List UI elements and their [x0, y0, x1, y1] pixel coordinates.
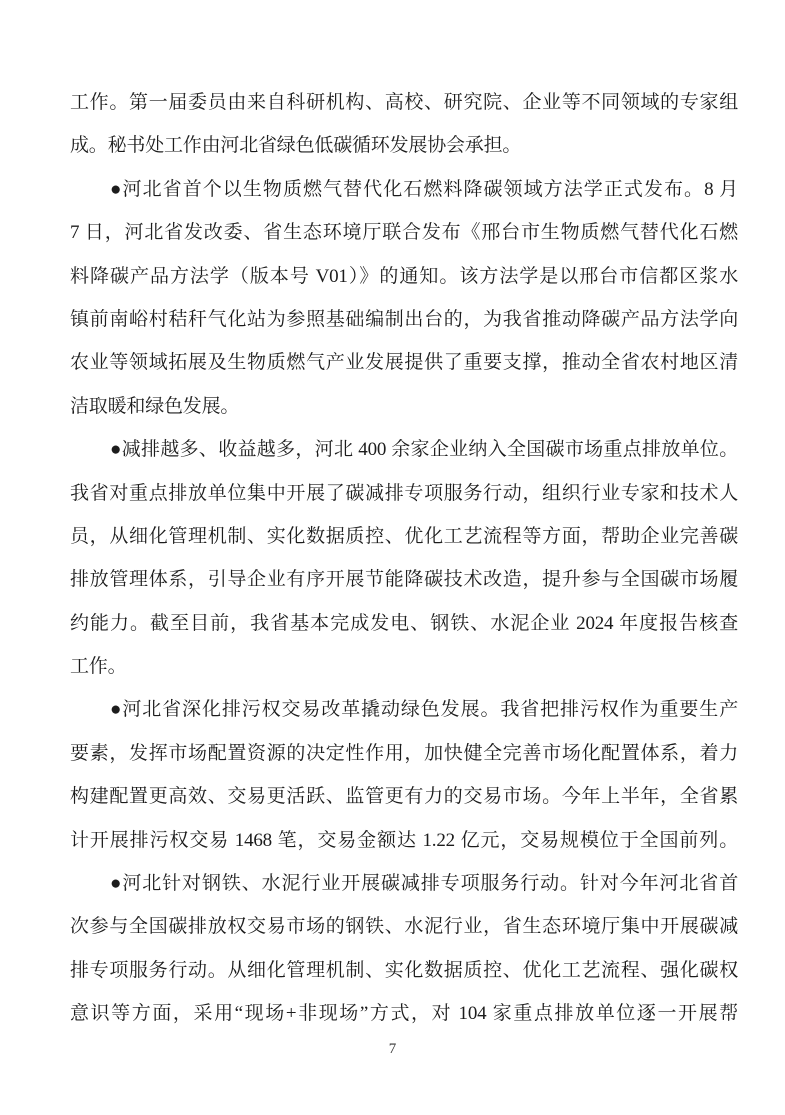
text-line: 农业等领域拓展及生物质燃气产业发展提供了重要支撑，推动全省农村地区清 [70, 341, 738, 384]
text-line: 7 日，河北省发改委、省生态环境厅联合发布《邢台市生物质燃气替代化石燃 [70, 211, 738, 254]
document-body: 工作。第一届委员由来自科研机构、高校、研究院、企业等不同领域的专家组成。秘书处工… [70, 81, 738, 1036]
text-line: 次参与全国碳排放权交易市场的钢铁、水泥行业，省生态环境厅集中开展碳减 [70, 905, 738, 948]
text-line: 意识等方面，采用“现场+非现场”方式，对 104 家重点排放单位逐一开展帮 [70, 992, 738, 1035]
text-line: 排专项服务行动。从细化管理机制、实化数据质控、优化工艺流程、强化碳权 [70, 949, 738, 992]
text-line: 我省对重点排放单位集中开展了碳减排专项服务行动，组织行业专家和技术人 [70, 472, 738, 515]
text-line: ●减排越多、收益越多，河北 400 余家企业纳入全国碳市场重点排放单位。 [70, 428, 738, 471]
text-line: 计开展排污权交易 1468 笔，交易金额达 1.22 亿元，交易规模位于全国前列… [70, 819, 738, 862]
text-line: 排放管理体系，引导企业有序开展节能降碳技术改造，提升参与全国碳市场履 [70, 558, 738, 601]
text-line: 工作。第一届委员由来自科研机构、高校、研究院、企业等不同领域的专家组 [70, 81, 738, 124]
text-line: 洁取暖和绿色发展。 [70, 385, 738, 428]
text-line: 约能力。截至目前，我省基本完成发电、钢铁、水泥企业 2024 年度报告核查 [70, 602, 738, 645]
text-line: 构建配置更高效、交易更活跃、监管更有力的交易市场。今年上半年，全省累 [70, 775, 738, 818]
page-number: 7 [0, 1041, 785, 1057]
text-line: 料降碳产品方法学（版本号 V01）》的通知。该方法学是以邢台市信都区浆水 [70, 255, 738, 298]
text-line: 镇前南峪村秸秆气化站为参照基础编制出台的，为我省推动降碳产品方法学向 [70, 298, 738, 341]
text-line: 工作。 [70, 645, 738, 688]
text-line: ●河北针对钢铁、水泥行业开展碳减排专项服务行动。针对今年河北省首 [70, 862, 738, 905]
document-page: 工作。第一届委员由来自科研机构、高校、研究院、企业等不同领域的专家组成。秘书处工… [0, 0, 785, 1115]
text-line: 要素，发挥市场配置资源的决定性作用，加快健全完善市场化配置体系，着力 [70, 732, 738, 775]
text-line: 成。秘书处工作由河北省绿色低碳循环发展协会承担。 [70, 124, 738, 167]
text-line: ●河北省首个以生物质燃气替代化石燃料降碳领域方法学正式发布。8 月 [70, 168, 738, 211]
text-line: ●河北省深化排污权交易改革撬动绿色发展。我省把排污权作为重要生产 [70, 688, 738, 731]
text-line: 员，从细化管理机制、实化数据质控、优化工艺流程等方面，帮助企业完善碳 [70, 515, 738, 558]
